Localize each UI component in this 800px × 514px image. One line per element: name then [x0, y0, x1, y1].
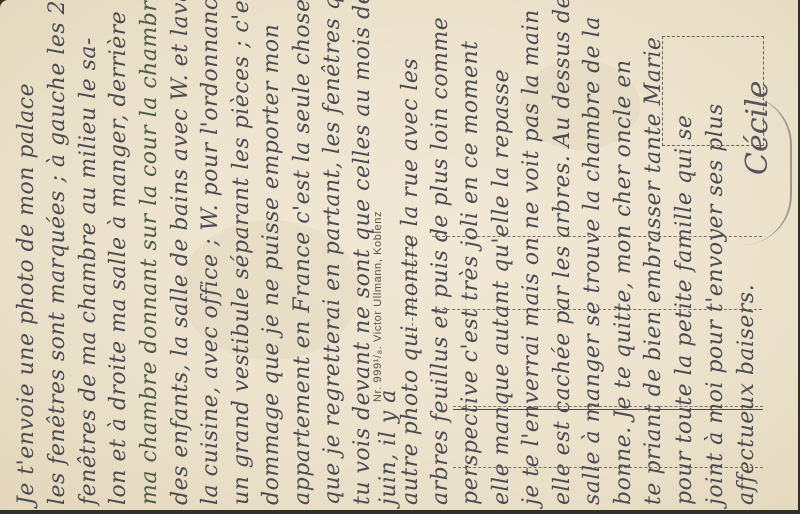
handwritten-line: des enfants, la salle de bains avec W. e… [168, 0, 193, 505]
handwritten-line: pour toute la petite famille qui se [672, 115, 697, 505]
handwritten-line: arbres feuillus et puis de plus loin com… [428, 17, 453, 505]
handwritten-line: bonne. Je te quitte, mon cher oncle en [611, 59, 636, 505]
handwritten-line: joint à moi pour t'envoyer ses plus [703, 103, 728, 505]
handwritten-line: affectueux baisers. [734, 284, 759, 505]
handwritten-line: Je t'envoie une photo de mon palace [14, 83, 39, 505]
signature: Cécile [740, 81, 775, 175]
handwritten-line: les fenêtres sont marquées ; à gauche le… [45, 0, 70, 505]
handwritten-line: fenêtres de ma chambre au milieu le sa- [76, 37, 101, 505]
handwritten-line: elle manque autant qu'elle la repasse [489, 69, 514, 505]
handwritten-line: appartement en France c'est la seule cho… [290, 0, 315, 505]
handwritten-line: la cuisine, avec office ; W. pour l'ordo… [198, 0, 223, 505]
handwritten-line: elle est cachée par les arbres. Au dessu… [550, 0, 575, 505]
handwritten-line: dommage que je ne puisse emporter mon [259, 24, 284, 505]
handwritten-line: que je regretterai en partant, les fenêt… [320, 0, 345, 505]
handwritten-line: lon et à droite ma salle à manger, derri… [106, 11, 131, 505]
handwritten-line: salle à manger se trouve la chambre de l… [580, 16, 605, 505]
handwritten-line: tu vois devant ne sont que celles au moi… [350, 0, 375, 505]
handwritten-line: ma chambre donnant sur la cour la chambr… [137, 0, 162, 505]
handwritten-line: je te l'enverrai mais on ne voit pas la … [519, 9, 544, 505]
postcard-back: Nr. 999¹/₈. Victor Ullmann, Koblenz Je t… [0, 0, 798, 510]
handwritten-line: un grand vestibule séparant les pièces ;… [229, 0, 254, 505]
handwritten-line: perspective c'est très joli en ce moment [458, 41, 483, 505]
handwritten-line: autre photo qui montre la rue avec les [398, 58, 423, 505]
handwritten-line: te priant de bien embrasser tante Marie [641, 37, 666, 505]
